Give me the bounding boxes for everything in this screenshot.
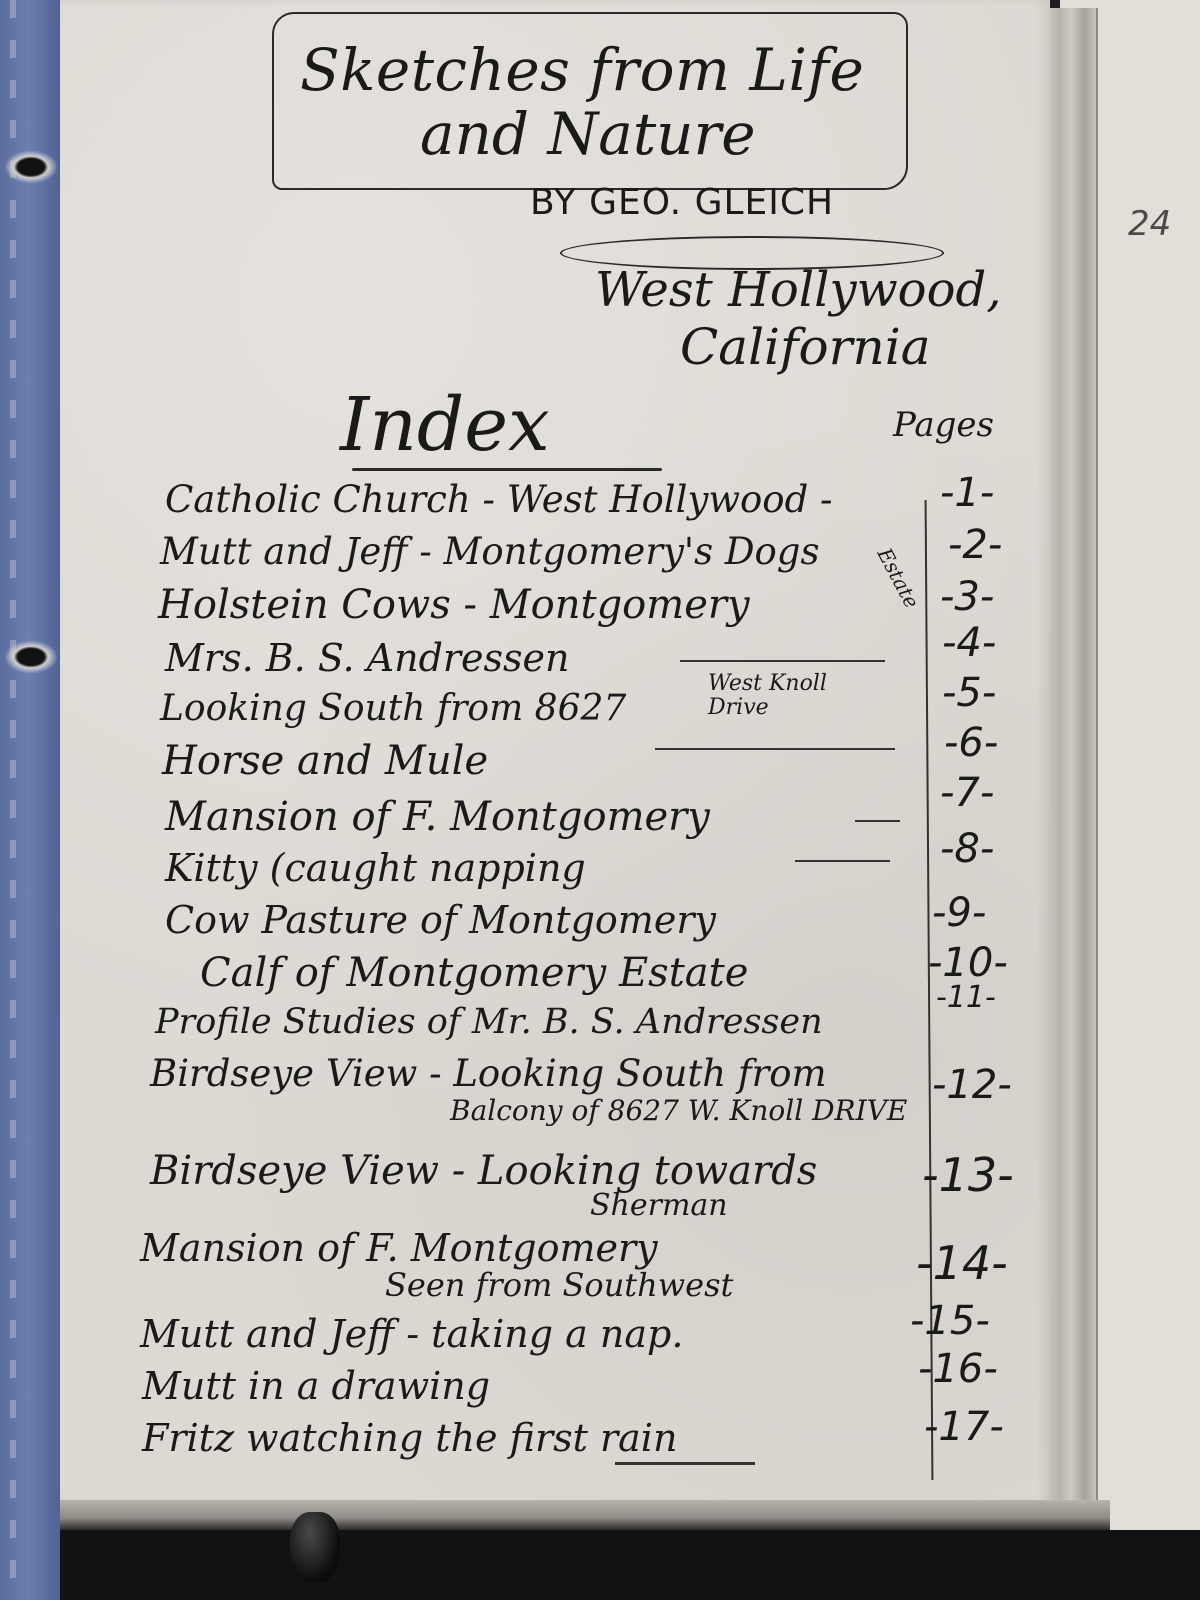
index-entry-subtitle: Seen from Southwest [385, 1266, 733, 1304]
index-entry-page: -11- [936, 980, 996, 1015]
index-entry-page: -5- [942, 670, 996, 716]
index-entry-page: -3- [940, 574, 994, 620]
leader-line [680, 660, 885, 662]
leader-line [855, 820, 900, 822]
index-entry-page: -7- [940, 770, 994, 816]
index-entry-page: -8- [940, 826, 994, 872]
index-entry-title: Mansion of F. Montgomery [165, 794, 710, 840]
index-entry-title: Looking South from 8627 [160, 688, 626, 729]
index-entry-title: Mrs. B. S. Andressen [165, 636, 570, 680]
index-entry-page: -16- [918, 1346, 998, 1392]
index-entry-title: Profile Studies of Mr. B. S. Andressen [155, 1002, 823, 1042]
index-entry-page: -6- [944, 720, 998, 766]
index-entry-title: Calf of Montgomery Estate [200, 950, 748, 996]
index-entry-title: Cow Pasture of Montgomery [165, 898, 716, 942]
index-entry-page: -13- [922, 1148, 1014, 1202]
index-entry-title: Birdseye View - Looking South from [150, 1052, 827, 1095]
index-entry-title: Catholic Church - West Hollywood - [165, 478, 833, 521]
index-entry-title: Mutt in a drawing [142, 1364, 490, 1408]
index-entry-title: Mansion of F. Montgomery [140, 1226, 658, 1270]
index-entry-page: -12- [932, 1062, 1012, 1108]
first-underline [615, 1462, 755, 1465]
index-entry-page: -15- [910, 1298, 990, 1344]
index-entry-page: -1- [940, 470, 994, 516]
index-entry-page: -2- [948, 522, 1002, 568]
index-entry-page: -17- [924, 1404, 1004, 1450]
index-entry-subtitle: Sherman [590, 1188, 728, 1223]
index-entry-subtitle: Estate [873, 544, 925, 612]
index-entry-title: Horse and Mule [162, 738, 488, 784]
index-entry-page: -4- [942, 620, 996, 666]
leader-line [655, 748, 895, 750]
index-entry-title: Mutt and Jeff - Montgomery's Dogs [160, 530, 819, 573]
index-entry-title: Mutt and Jeff - taking a nap. [140, 1312, 683, 1356]
index-list: Catholic Church - West Hollywood - -1- M… [0, 0, 1200, 1600]
index-entry-page: -9- [932, 890, 986, 936]
index-entry-title: Kitty (caught napping [165, 846, 586, 890]
leader-line [795, 860, 890, 862]
index-entry-subtitle: Balcony of 8627 W. Knoll DRIVE [450, 1094, 907, 1127]
index-entry-title: Holstein Cows - Montgomery [158, 582, 750, 628]
index-entry-title: Fritz watching the first rain [142, 1416, 677, 1460]
index-entry-subtitle: West Knoll Drive [708, 672, 888, 720]
index-entry-page: -14- [916, 1236, 1008, 1290]
